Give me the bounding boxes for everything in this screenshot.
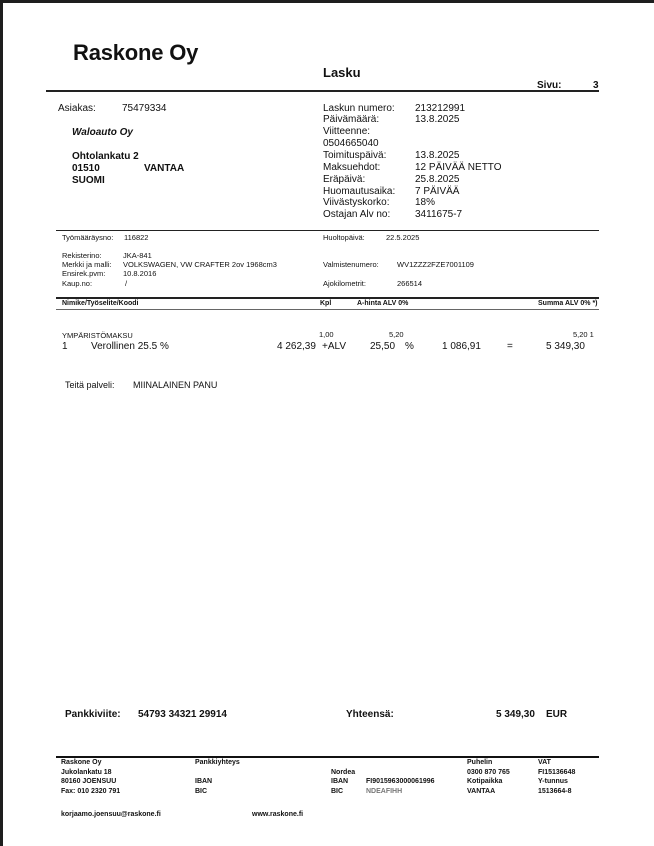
window-frame-top [0,0,654,3]
footer-iban-label: IBAN [195,778,212,785]
table-header-bottom-line [56,309,599,310]
info-value: 18% [415,197,435,208]
footer-domicile-value: VANTAA [467,788,495,795]
footer-website[interactable]: www.raskone.fi [252,811,303,818]
customer-country: SUOMI [72,175,105,186]
footer-postcity: 80160 JOENSUU [61,778,116,785]
footer-fax: Fax: 010 2320 791 [61,788,120,795]
item-qty: 1,00 [319,330,334,339]
footer-vat-value: FI15136648 [538,769,575,776]
customer-number: 75479334 [122,103,167,114]
footer-bic-label: BIC [195,788,207,795]
first-reg-value: 10.8.2016 [123,269,156,278]
footer-ytunnus-value: 1513664-8 [538,788,571,795]
vat-code: 1 [62,341,68,352]
column-header-qty: Kpl [320,300,331,307]
info-label: Eräpäivä: [323,174,365,185]
footer-street: Jukolankatu 18 [61,769,112,776]
work-order-label: Työmääräysno: [62,233,113,242]
vat-plus: +ALV [322,341,346,352]
info-value: 13.8.2025 [415,150,460,161]
served-by-name: MIINALAINEN PANU [133,380,217,390]
make-label: Merkki ja malli: [62,260,112,269]
total-label: Yhteensä: [346,709,394,720]
kaup-value: / [125,279,127,288]
item-name: YMPÄRISTÖMAKSU [62,331,133,340]
vat-percent: % [405,341,414,352]
total-currency: EUR [546,709,567,720]
reference-value: 0504665040 [323,138,379,149]
footer-vat-label: VAT [538,759,551,766]
footer-ytunnus-label: Y-tunnus [538,778,568,785]
info-value: 7 PÄIVÄÄ [415,186,459,197]
info-label: Huomautusaika: [323,186,395,197]
info-label: Maksuehdot: [323,162,380,173]
info-label: Päivämäärä: [323,114,379,125]
customer-city: VANTAA [144,163,184,174]
footer-email[interactable]: korjaamo.joensuu@raskone.fi [61,811,161,818]
info-value: 213212991 [415,103,465,114]
company-name: Raskone Oy [73,40,198,66]
service-date-label: Huoltopäivä: [323,233,365,242]
footer-bic-value: NDEAFIHH [366,788,402,795]
item-sum: 5,20 1 [573,330,594,339]
footer-domicile-label: Kotipaikka [467,778,502,785]
info-value: 13.8.2025 [415,114,460,125]
service-date-value: 22.5.2025 [386,233,419,242]
table-header-top-line [56,297,599,299]
document-title: Lasku [323,65,361,80]
column-header-unit-price: A-hinta ALV 0% [357,300,408,307]
km-value: 266514 [397,279,422,288]
vat-description: Verollinen 25.5 % [91,341,169,352]
reg-label: Rekisterino: [62,251,102,260]
customer-label: Asiakas: [58,103,96,114]
vat-rate: 25,50 [370,341,395,352]
column-header-sum: Summa ALV 0% *) [538,300,598,307]
vat-base: 4 262,39 [277,341,316,352]
footer-bank-name: Nordea [331,769,355,776]
first-reg-label: Ensirek.pvm: [62,269,105,278]
info-label: Viitteenne: [323,126,370,137]
km-label: Ajokilometrit: [323,279,366,288]
info-label: Toimituspäivä: [323,150,386,161]
info-value: 3411675-7 [415,209,462,220]
footer-iban-value: FI9015963000061996 [366,778,435,785]
vat-equals: = [507,341,513,352]
customer-postcode: 01510 [72,163,100,174]
footer-bank-heading: Pankkiyhteys [195,759,240,766]
column-header-item: Nimike/Työselite/Koodi [62,300,139,307]
info-label: Viivästyskorko: [323,197,390,208]
vin-value: WV1ZZZ2FZE7001109 [397,260,474,269]
customer-street: Ohtolankatu 2 [72,151,139,162]
work-order-value: 116822 [124,233,148,242]
bank-reference-label: Pankkiviite: [65,709,121,720]
info-value: 12 PÄIVÄÄ NETTO [415,162,502,173]
vat-amount: 1 086,91 [442,341,481,352]
served-by-label: Teitä palveli: [65,380,115,390]
vin-label: Valmistenumero: [323,260,379,269]
info-label: Ostajan Alv no: [323,209,390,220]
footer-divider [56,756,599,758]
footer-phone-value: 0300 870 765 [467,769,510,776]
reg-value: JKA-841 [123,251,152,260]
kaup-label: Kaup.no: [62,279,92,288]
header-divider [46,90,599,92]
customer-name: Waloauto Oy [72,127,133,138]
vat-total: 5 349,30 [546,341,585,352]
footer-iban-label-2: IBAN [331,778,348,785]
footer-bic-label-2: BIC [331,788,343,795]
total-amount: 5 349,30 [496,709,535,720]
work-order-divider [56,230,599,231]
window-frame-left [0,0,3,846]
item-price: 5,20 [389,330,404,339]
bank-reference-value: 54793 34321 29914 [138,709,227,720]
info-label: Laskun numero: [323,103,395,114]
footer-phone-label: Puhelin [467,759,492,766]
footer-company: Raskone Oy [61,759,101,766]
make-value: VOLKSWAGEN, VW CRAFTER 2ov 1968cm3 [123,260,277,269]
info-value: 25.8.2025 [415,174,460,185]
